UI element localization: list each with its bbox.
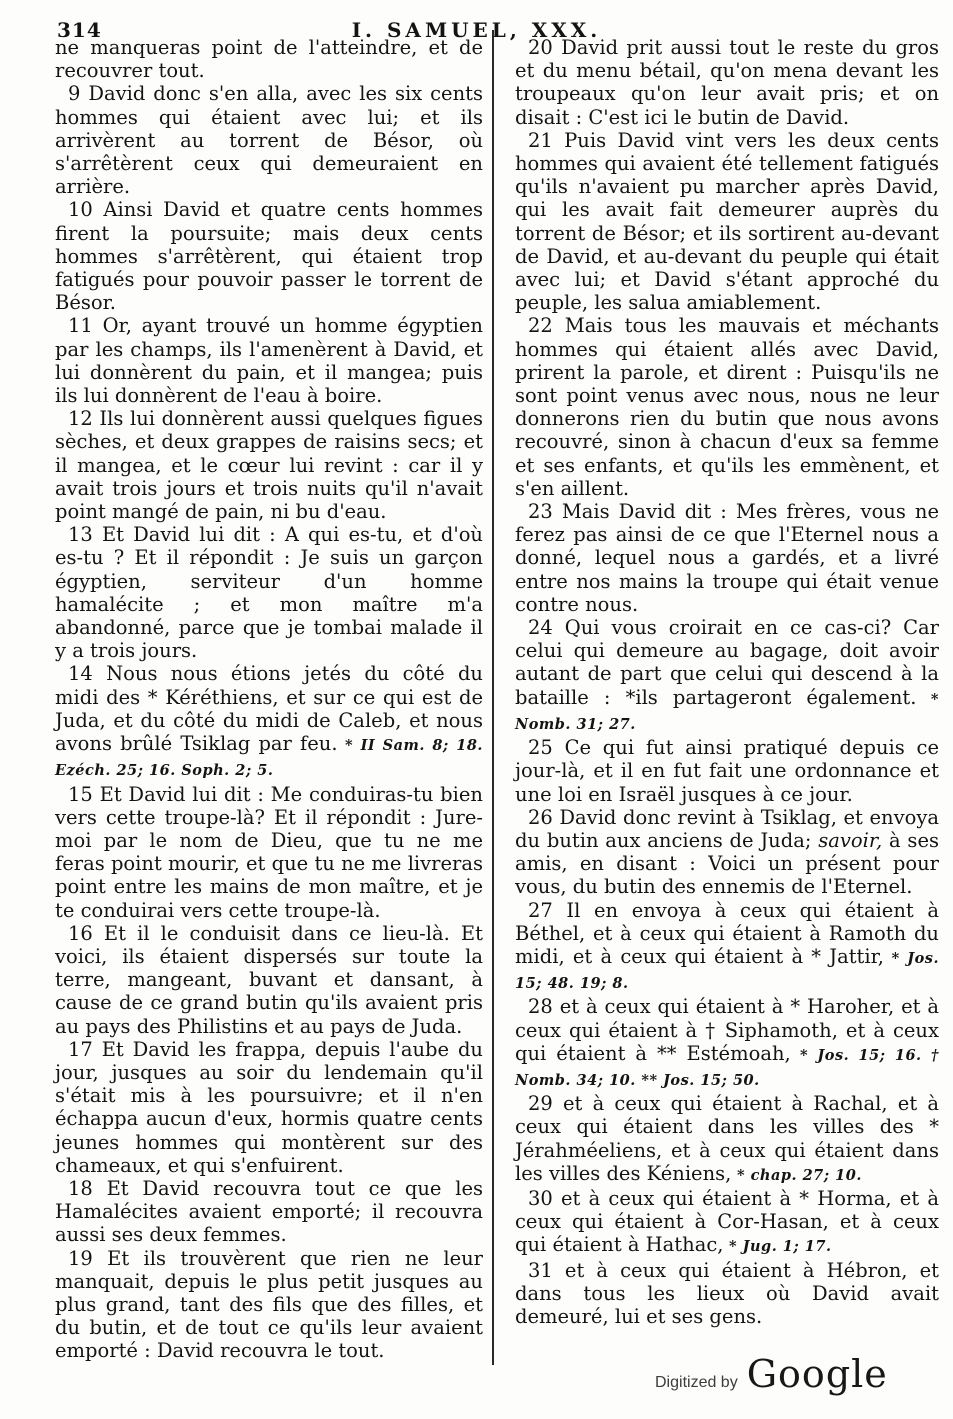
verse-10: 10 Ainsi David et quatre cents hommes fi… [55,198,483,314]
cross-reference: * chap. 27; 10. [731,1167,862,1184]
verse-13: 13 Et David lui dit : A qui es-tu, et d'… [55,523,483,662]
verse-text: 27 Il en envoya à ceux qui étaient à Bét… [515,899,939,968]
verse-29: 29 et à ceux qui étaient à Rachal, et à … [515,1092,939,1187]
verse-text: 29 et à ceux qui étaient à Rachal, et à … [515,1092,939,1185]
verse-text: 11 Or, ayant trouvé un homme égyptien pa… [55,314,483,407]
verse-text: 16 Et il le conduisit dans ce lieu-là. E… [55,922,483,1038]
verse-11: 11 Or, ayant trouvé un homme égyptien pa… [55,314,483,407]
verse-text: 21 Puis David vint vers les deux cents h… [515,129,939,314]
verse-text: 25 Ce qui fut ainsi pratiqué depuis ce j… [515,736,939,805]
verse-text: 17 Et David les frappa, depuis l'aube du… [55,1038,483,1177]
verse-text: ne manqueras point de l'atteindre, et de… [55,36,483,82]
verse-text: 23 Mais David dit : Mes frères, vous ne … [515,500,939,616]
verse-text: 10 Ainsi David et quatre cents hommes fi… [55,198,483,314]
verse-25: 25 Ce qui fut ainsi pratiqué depuis ce j… [515,736,939,806]
verse-text: 13 Et David lui dit : A qui es-tu, et d'… [55,523,483,662]
verse-text: 20 David prit aussi tout le reste du gro… [515,36,939,129]
verse-24: 24 Qui vous croirait en ce cas-ci? Car c… [515,616,939,736]
verse-text: 24 Qui vous croirait en ce cas-ci? Car c… [515,616,939,709]
verse-28: 28 et à ceux qui étaient à * Haroher, et… [515,995,939,1092]
verse-21: 21 Puis David vint vers les deux cents h… [515,129,939,315]
verse-18: 18 Et David recouvra tout ce que les Ham… [55,1177,483,1247]
verse-20: 20 David prit aussi tout le reste du gro… [515,36,939,129]
google-logo: Google [747,1352,888,1396]
digitization-watermark: Digitized by Google [655,1352,888,1396]
verse-text-italic: savoir, [818,829,882,852]
verse-15: 15 Et David lui dit : Me conduiras-tu bi… [55,783,483,922]
verse-text: 15 Et David lui dit : Me conduiras-tu bi… [55,783,483,922]
verse-30: 30 et à ceux qui étaient à * Horma, et à… [515,1187,939,1259]
text-columns: ne manqueras point de l'atteindre, et de… [55,36,939,1363]
cross-reference: * Jug. 1; 17. [723,1238,831,1255]
verse-26: 26 David donc revint à Tsiklag, et envoy… [515,806,939,899]
verse-31: 31 et à ceux qui étaient à Hébron, et da… [515,1259,939,1329]
verse-text: 22 Mais tous les mauvais et méchants hom… [515,314,939,499]
verse-8-continuation: ne manqueras point de l'atteindre, et de… [55,36,483,82]
verse-text: 31 et à ceux qui étaient à Hébron, et da… [515,1259,939,1328]
verse-text: 19 Et ils trouvèrent que rien ne leur ma… [55,1247,483,1363]
verse-9: 9 David donc s'en alla, avec les six cen… [55,82,483,198]
verse-19: 19 Et ils trouvèrent que rien ne leur ma… [55,1247,483,1363]
verse-14: 14 Nous nous étions jetés du côté du mid… [55,662,483,782]
scanned-book-page: 314 I. SAMUEL, XXX. ne manqueras point d… [0,0,953,1419]
verse-27: 27 Il en envoya à ceux qui étaient à Bét… [515,899,939,996]
left-column: ne manqueras point de l'atteindre, et de… [55,36,483,1363]
right-column: 20 David prit aussi tout le reste du gro… [515,36,939,1363]
verse-12: 12 Ils lui donnèrent aussi quelques figu… [55,407,483,523]
verse-text: 12 Ils lui donnèrent aussi quelques figu… [55,407,483,523]
verse-22: 22 Mais tous les mauvais et méchants hom… [515,314,939,500]
digitized-by-label: Digitized by [655,1374,738,1392]
verse-text: 18 Et David recouvra tout ce que les Ham… [55,1177,483,1246]
verse-16: 16 Et il le conduisit dans ce lieu-là. E… [55,922,483,1038]
verse-17: 17 Et David les frappa, depuis l'aube du… [55,1038,483,1177]
verse-23: 23 Mais David dit : Mes frères, vous ne … [515,500,939,616]
verse-text: 9 David donc s'en alla, avec les six cen… [55,82,483,198]
